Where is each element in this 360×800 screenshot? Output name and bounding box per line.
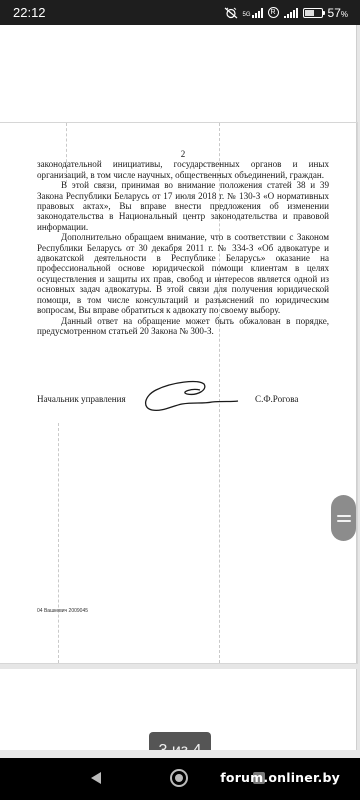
signatory-title: Начальник управления [37, 394, 126, 404]
letter-body: 2 законодательной инициативы, государств… [37, 149, 329, 336]
navigation-bar: forum.onliner.by [0, 758, 360, 800]
back-icon[interactable] [91, 772, 101, 784]
paragraph: законодательной инициативы, государствен… [37, 159, 329, 180]
battery-percent: 57% [328, 6, 348, 20]
clock: 22:12 [13, 5, 46, 20]
signature-icon [142, 380, 242, 416]
roaming-icon: R [268, 7, 279, 18]
signatory-name: С.Ф.Рогова [255, 394, 298, 404]
paragraph: В этой связи, принимая во внимание полож… [37, 180, 329, 232]
document-viewer[interactable]: 2 законодательной инициативы, государств… [0, 25, 360, 750]
battery-icon [303, 8, 323, 18]
fast-scroll-handle[interactable] [331, 495, 356, 541]
status-icons: 5G R 57% [224, 6, 349, 20]
drag-handle-icon [337, 515, 351, 517]
document-reference: 04 Вашкевич 2009045 [37, 608, 88, 614]
signal-icon [284, 8, 298, 18]
fold-line [58, 423, 59, 663]
watermark: forum.onliner.by [220, 770, 340, 785]
alarm-off-icon [224, 7, 238, 19]
current-page: 2 законодательной инициативы, государств… [0, 123, 357, 663]
status-bar: 22:12 5G R 57% [0, 0, 360, 25]
page-number: 2 [37, 149, 329, 159]
home-icon[interactable] [170, 769, 188, 787]
paragraph: Дополнительно обращаем внимание, что в с… [37, 232, 329, 315]
signal-5g-icon: 5G [243, 8, 263, 18]
drag-handle-icon [337, 520, 351, 522]
paragraph: Данный ответ на обращение может быть обж… [37, 316, 329, 337]
page-indicator: 3 из 4 [149, 732, 211, 750]
